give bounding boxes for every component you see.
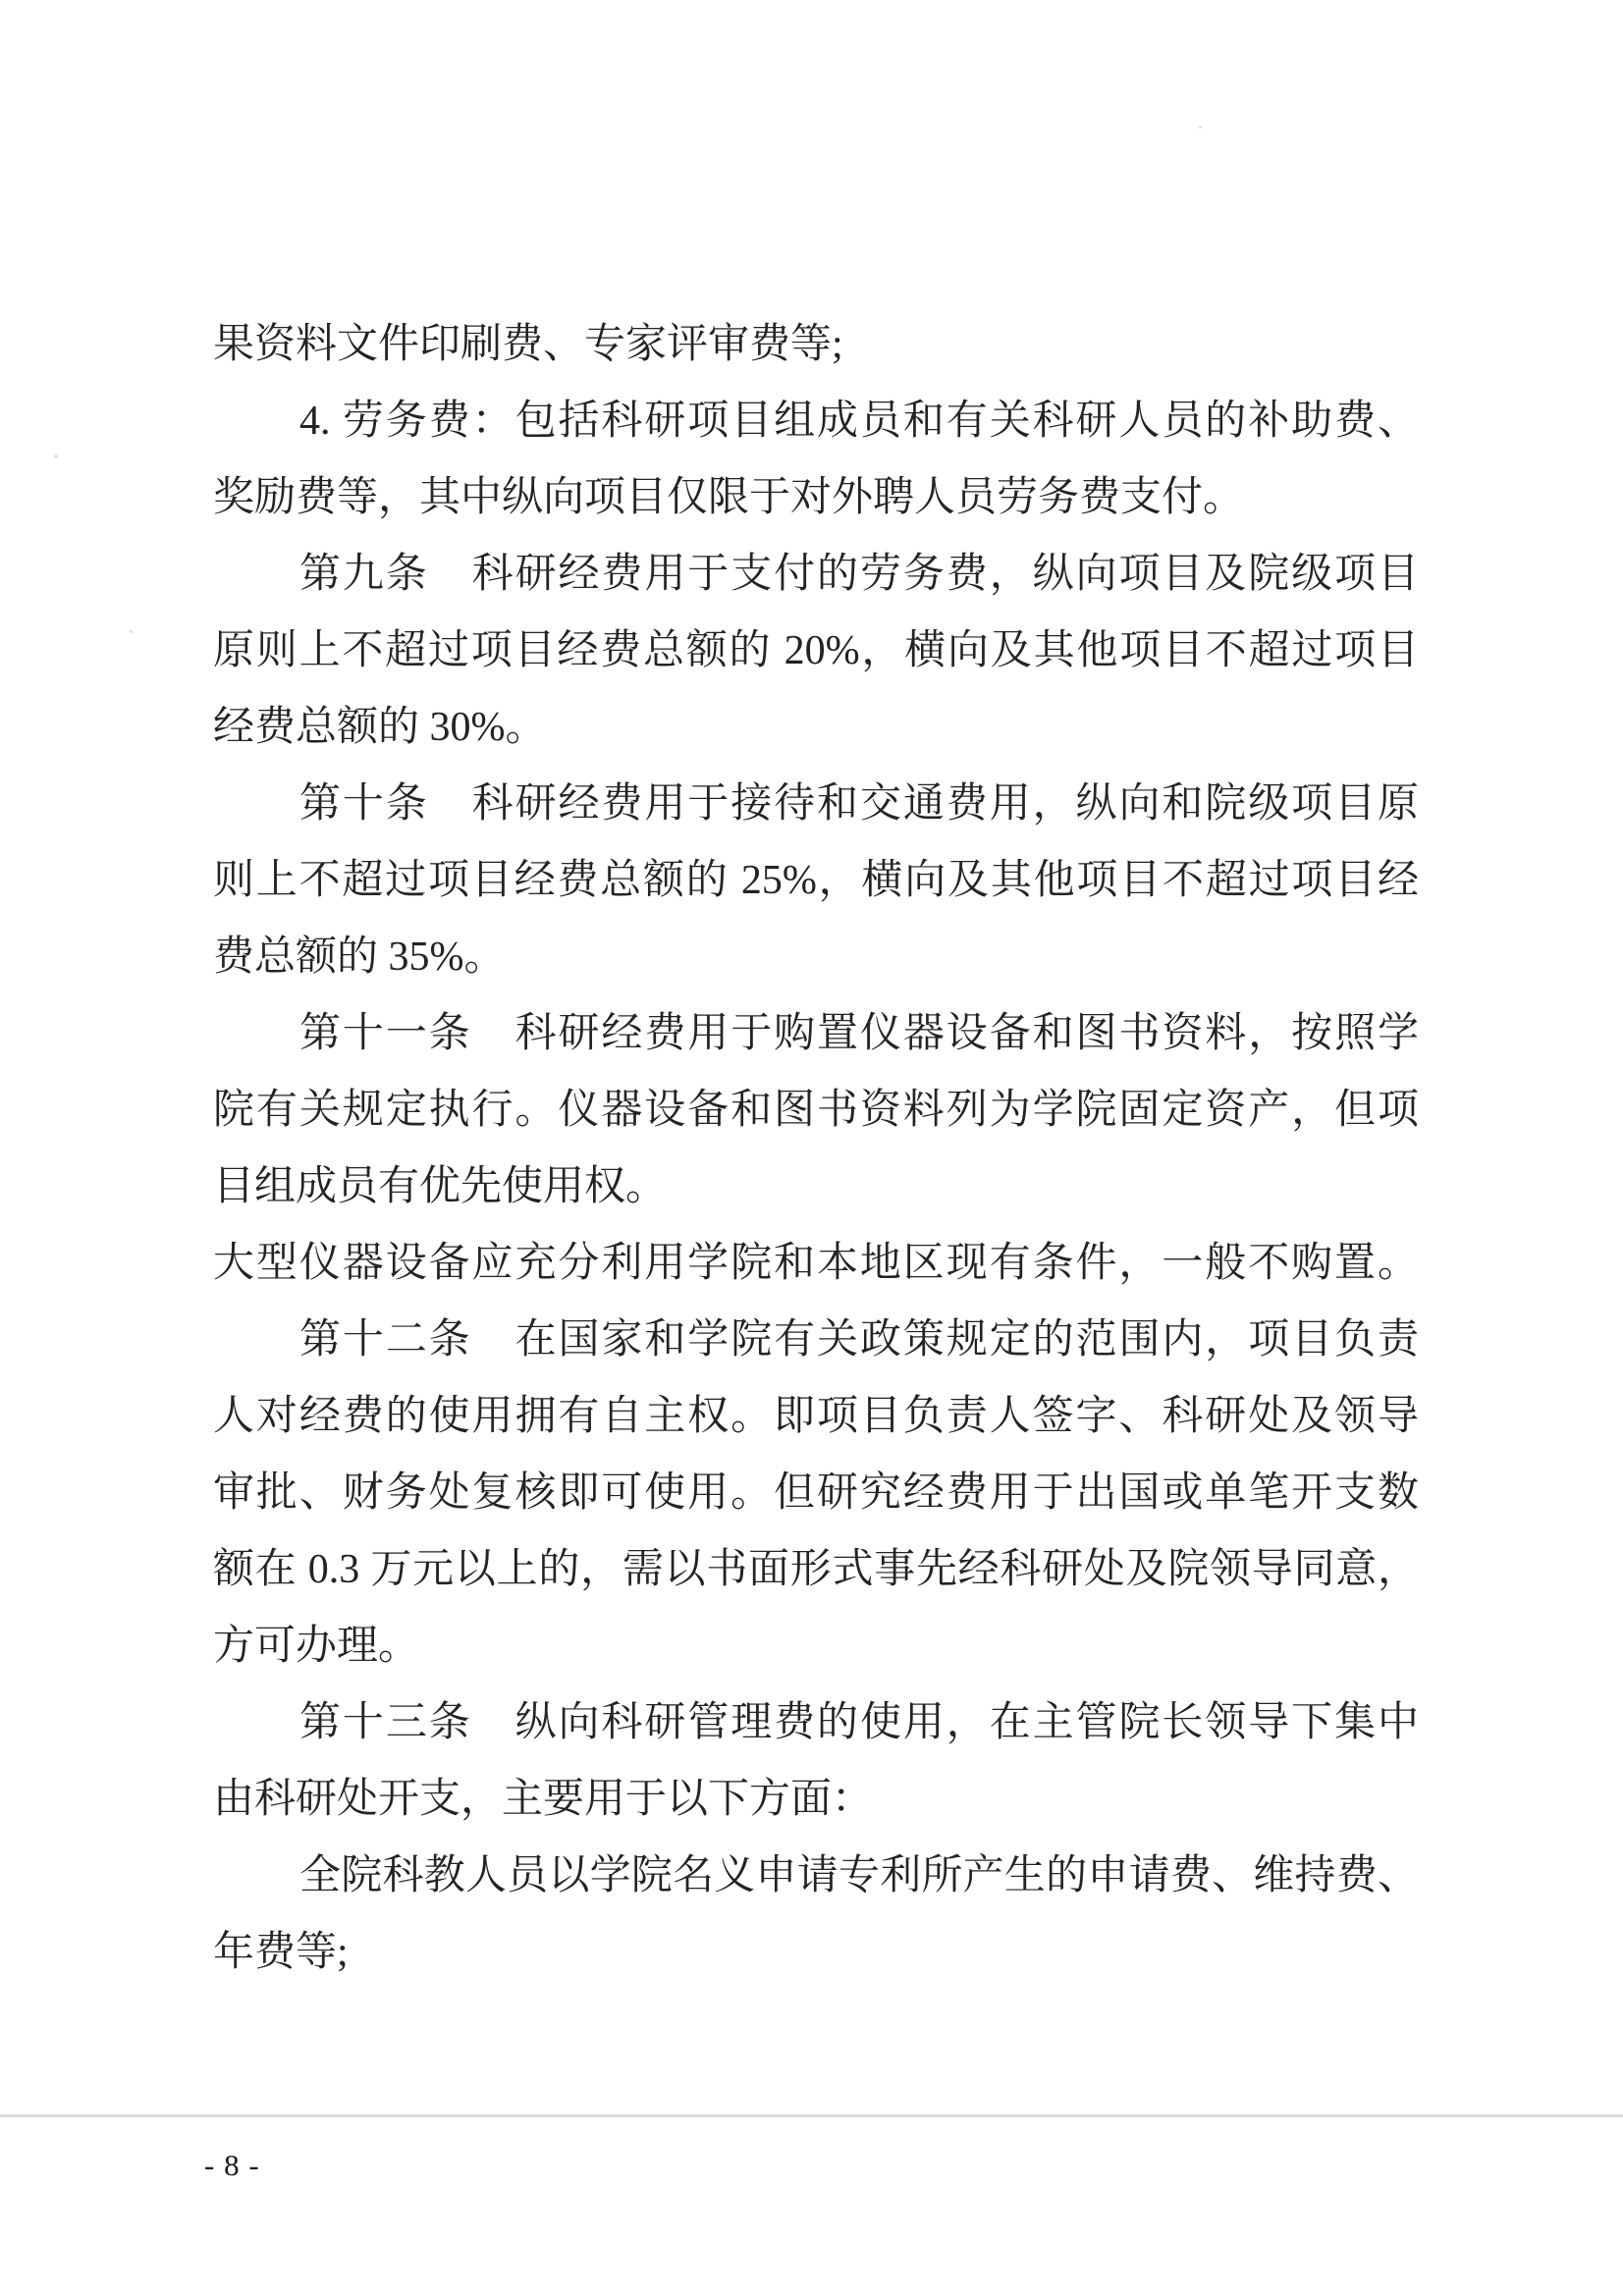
text-line: 全院科教人员以学院名义申请专利所产生的申请费、维持费、 — [213, 1838, 1419, 1914]
text-line: 第十二条 在国家和学院有关政策规定的范围内，项目负责 — [213, 1302, 1419, 1378]
text-line: 第十三条 纵向科研管理费的使用，在主管院长领导下集中 — [213, 1684, 1419, 1761]
text-line: 奖励费等，其中纵向项目仅限于对外聘人员劳务费支付。 — [213, 459, 1419, 536]
text-line: 费总额的 35%。 — [213, 919, 1419, 995]
text-line: 则上不超过项目经费总额的 25%，横向及其他项目不超过项目经 — [213, 842, 1419, 919]
text-line: 经费总额的 30%。 — [213, 689, 1419, 766]
text-line: 原则上不超过项目经费总额的 20%，横向及其他项目不超过项目 — [213, 613, 1419, 689]
text-line: 院有关规定执行。仪器设备和图书资料列为学院固定资产，但项 — [213, 1072, 1419, 1148]
text-line: 第十条 科研经费用于接待和交通费用，纵向和院级项目原 — [213, 766, 1419, 842]
text-line: 年费等; — [213, 1914, 1419, 1991]
text-line: 4. 劳务费：包括科研项目组成员和有关科研人员的补助费、 — [213, 383, 1419, 459]
text-line: 额在 0.3 万元以上的，需以书面形式事先经科研处及院领导同意， — [213, 1531, 1419, 1608]
scanned-document-page: 果资料文件印刷费、专家评审费等;4. 劳务费：包括科研项目组成员和有关科研人员的… — [0, 0, 1623, 2296]
text-line: 大型仪器设备应充分利用学院和本地区现有条件，一般不购置。 — [213, 1225, 1419, 1302]
text-line: 人对经费的使用拥有自主权。即项目负责人签字、科研处及领导 — [213, 1378, 1419, 1455]
text-line: 方可办理。 — [213, 1608, 1419, 1684]
text-line: 第十一条 科研经费用于购置仪器设备和图书资料，按照学 — [213, 995, 1419, 1072]
scan-speck — [54, 454, 58, 458]
document-text-block: 果资料文件印刷费、专家评审费等;4. 劳务费：包括科研项目组成员和有关科研人员的… — [213, 306, 1419, 1991]
text-line: 目组成员有优先使用权。 — [213, 1148, 1419, 1225]
text-line: 第九条 科研经费用于支付的劳务费，纵向项目及院级项目 — [213, 536, 1419, 613]
text-line: 果资料文件印刷费、专家评审费等; — [213, 306, 1419, 383]
scan-speck — [1199, 126, 1202, 129]
scan-speck — [130, 630, 133, 633]
footer-divider — [0, 2114, 1623, 2117]
page-number: - 8 - — [204, 2146, 260, 2185]
text-line: 审批、财务处复核即可使用。但研究经费用于出国或单笔开支数 — [213, 1455, 1419, 1531]
text-line: 由科研处开支，主要用于以下方面： — [213, 1761, 1419, 1838]
